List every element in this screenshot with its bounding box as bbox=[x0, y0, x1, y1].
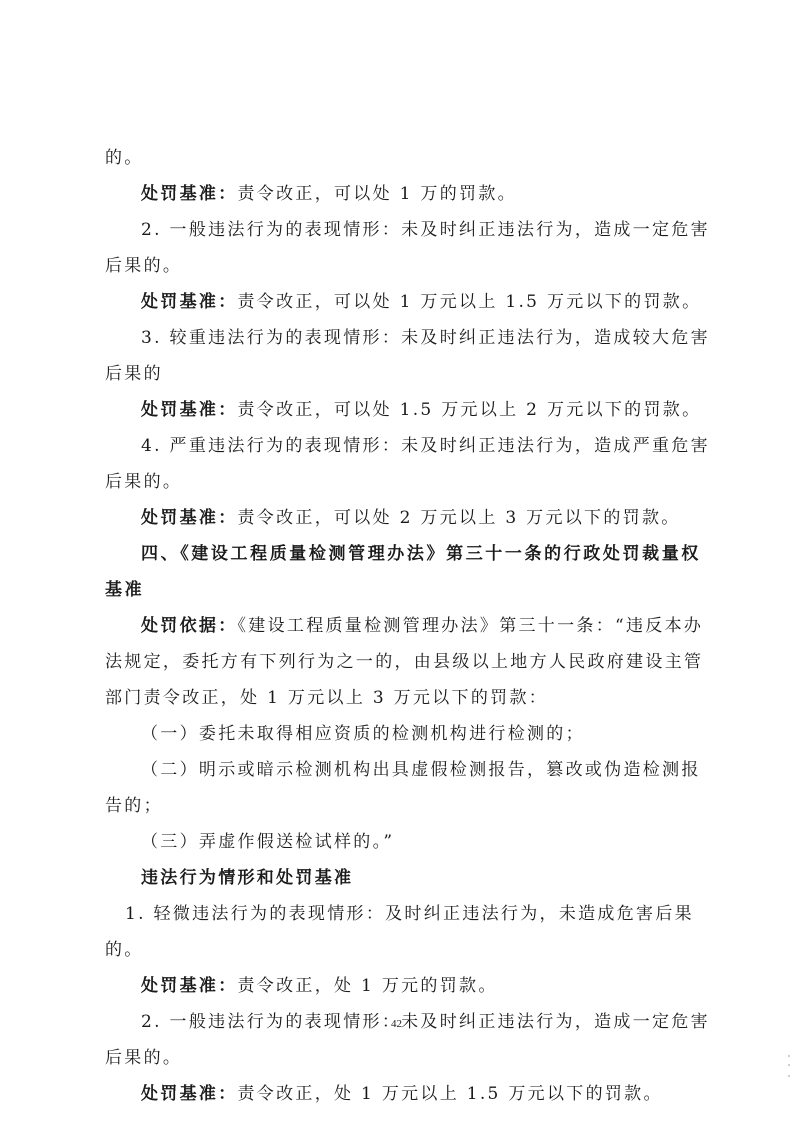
penalty-basis-line: 处罚基准：责令改正，处 1 万元的罚款。 bbox=[105, 968, 695, 1004]
scan-artifact bbox=[788, 1075, 790, 1077]
penalty-basis-line: 处罚基准：责令改正，可以处 2 万元以上 3 万元以下的罚款。 bbox=[105, 500, 695, 536]
scan-artifact bbox=[788, 1064, 790, 1066]
penalty-basis-line: 处罚基准：责令改正，处 1 万元以上 1.5 万元以下的罚款。 bbox=[105, 1076, 695, 1112]
text-line-continuation: 部门责令改正，处 1 万元以上 3 万元以下的罚款： bbox=[105, 680, 695, 716]
line-text: 2. 一般违法行为的表现情形：未及时纠正违法行为，造成一定危害 bbox=[141, 220, 710, 240]
penalty-basis-label: 处罚基准： bbox=[141, 508, 238, 528]
text-line-continuation: 后果的。 bbox=[105, 248, 695, 284]
line-text: （一）委托未取得相应资质的检测机构进行检测的； bbox=[141, 724, 585, 744]
text-line-continuation: 告的； bbox=[105, 788, 695, 824]
penalty-basis-label: 处罚基准： bbox=[141, 1084, 238, 1104]
penalty-basis-label: 处罚基准： bbox=[141, 184, 238, 204]
section-heading-continuation: 基准 bbox=[105, 572, 695, 608]
violation-case-general: 2. 一般违法行为的表现情形：未及时纠正违法行为，造成一定危害 bbox=[105, 212, 695, 248]
violation-case-serious: 3. 较重违法行为的表现情形：未及时纠正违法行为，造成较大危害 bbox=[105, 320, 695, 356]
line-text: 后果的。 bbox=[105, 256, 182, 276]
document-body: 的。 处罚基准：责令改正，可以处 1 万的罚款。 2. 一般违法行为的表现情形：… bbox=[105, 140, 695, 1112]
penalty-basis-label: 处罚基准： bbox=[141, 292, 238, 312]
line-text: 后果的。 bbox=[105, 1048, 182, 1068]
penalty-basis-label: 处罚依据： bbox=[141, 616, 238, 636]
section-heading-text: 四、《建设工程质量检测管理办法》第三十一条的行政处罚裁量权 bbox=[141, 544, 701, 564]
line-text: 部门责令改正，处 1 万元以上 3 万元以下的罚款： bbox=[105, 688, 548, 708]
text-line-continuation: 后果的。 bbox=[105, 464, 695, 500]
violation-case-minor: 1. 轻微违法行为的表现情形：及时纠正违法行为，未造成危害后果 bbox=[105, 896, 695, 932]
list-item-3: （三）弄虚作假送检试样的。” bbox=[105, 824, 695, 860]
violation-case-severe: 4. 严重违法行为的表现情形：未及时纠正违法行为，造成严重危害 bbox=[105, 428, 695, 464]
penalty-basis-label: 处罚基准： bbox=[141, 976, 238, 996]
penalty-basis-law-line: 处罚依据：《建设工程质量检测管理办法》第三十一条：“违反本办 bbox=[105, 608, 695, 644]
line-text: 后果的。 bbox=[105, 472, 182, 492]
text-line-continuation: 后果的。 bbox=[105, 1040, 695, 1076]
document-page: 的。 处罚基准：责令改正，可以处 1 万的罚款。 2. 一般违法行为的表现情形：… bbox=[0, 0, 793, 1122]
line-text: 的。 bbox=[105, 148, 144, 168]
list-item-2: （二）明示或暗示检测机构出具虚假检测报告，篡改或伪造检测报 bbox=[105, 752, 695, 788]
line-text: （三）弄虚作假送检试样的。” bbox=[141, 832, 394, 852]
penalty-basis-text: 责令改正，可以处 1.5 万元以上 2 万元以下的罚款。 bbox=[238, 400, 702, 420]
penalty-basis-line: 处罚基准：责令改正，可以处 1 万元以上 1.5 万元以下的罚款。 bbox=[105, 284, 695, 320]
penalty-basis-text: 责令改正，可以处 2 万元以上 3 万元以下的罚款。 bbox=[238, 508, 681, 528]
penalty-basis-text: 责令改正，处 1 万元以上 1.5 万元以下的罚款。 bbox=[238, 1084, 663, 1104]
line-text: 3. 较重违法行为的表现情形：未及时纠正违法行为，造成较大危害 bbox=[141, 328, 710, 348]
penalty-basis-text: 《建设工程质量检测管理办法》第三十一条：“违反本办 bbox=[238, 616, 704, 636]
section-heading-text: 基准 bbox=[105, 580, 144, 600]
line-text: 的。 bbox=[105, 940, 144, 960]
line-text: 1. 轻微违法行为的表现情形：及时纠正违法行为，未造成危害后果 bbox=[125, 904, 694, 924]
line-text: （二）明示或暗示检测机构出具虚假检测报告，篡改或伪造检测报 bbox=[141, 760, 701, 780]
text-line-continuation: 的。 bbox=[105, 932, 695, 968]
line-text: 告的； bbox=[105, 796, 163, 816]
line-text: 法规定，委托方有下列行为之一的，由县级以上地方人民政府建设主管 bbox=[105, 652, 703, 672]
page-number: 42 bbox=[0, 1018, 793, 1030]
line-text: 后果的 bbox=[105, 364, 163, 384]
penalty-basis-label: 处罚基准： bbox=[141, 400, 238, 420]
text-line-continuation: 法规定，委托方有下列行为之一的，由县级以上地方人民政府建设主管 bbox=[105, 644, 695, 680]
scan-artifact bbox=[788, 1055, 790, 1057]
line-text: 4. 严重违法行为的表现情形：未及时纠正违法行为，造成严重危害 bbox=[141, 436, 710, 456]
penalty-basis-text: 责令改正，处 1 万元的罚款。 bbox=[238, 976, 498, 996]
list-item-1: （一）委托未取得相应资质的检测机构进行检测的； bbox=[105, 716, 695, 752]
subheading: 违法行为情形和处罚基准 bbox=[105, 860, 695, 896]
penalty-basis-text: 责令改正，可以处 1 万的罚款。 bbox=[238, 184, 517, 204]
penalty-basis-line: 处罚基准：责令改正，可以处 1.5 万元以上 2 万元以下的罚款。 bbox=[105, 392, 695, 428]
section-heading: 四、《建设工程质量检测管理办法》第三十一条的行政处罚裁量权 bbox=[105, 536, 695, 572]
penalty-basis-text: 责令改正，可以处 1 万元以上 1.5 万元以下的罚款。 bbox=[238, 292, 702, 312]
penalty-basis-line: 处罚基准：责令改正，可以处 1 万的罚款。 bbox=[105, 176, 695, 212]
text-line-continuation: 的。 bbox=[105, 140, 695, 176]
text-line-continuation: 后果的 bbox=[105, 356, 695, 392]
subheading-text: 违法行为情形和处罚基准 bbox=[141, 868, 353, 888]
